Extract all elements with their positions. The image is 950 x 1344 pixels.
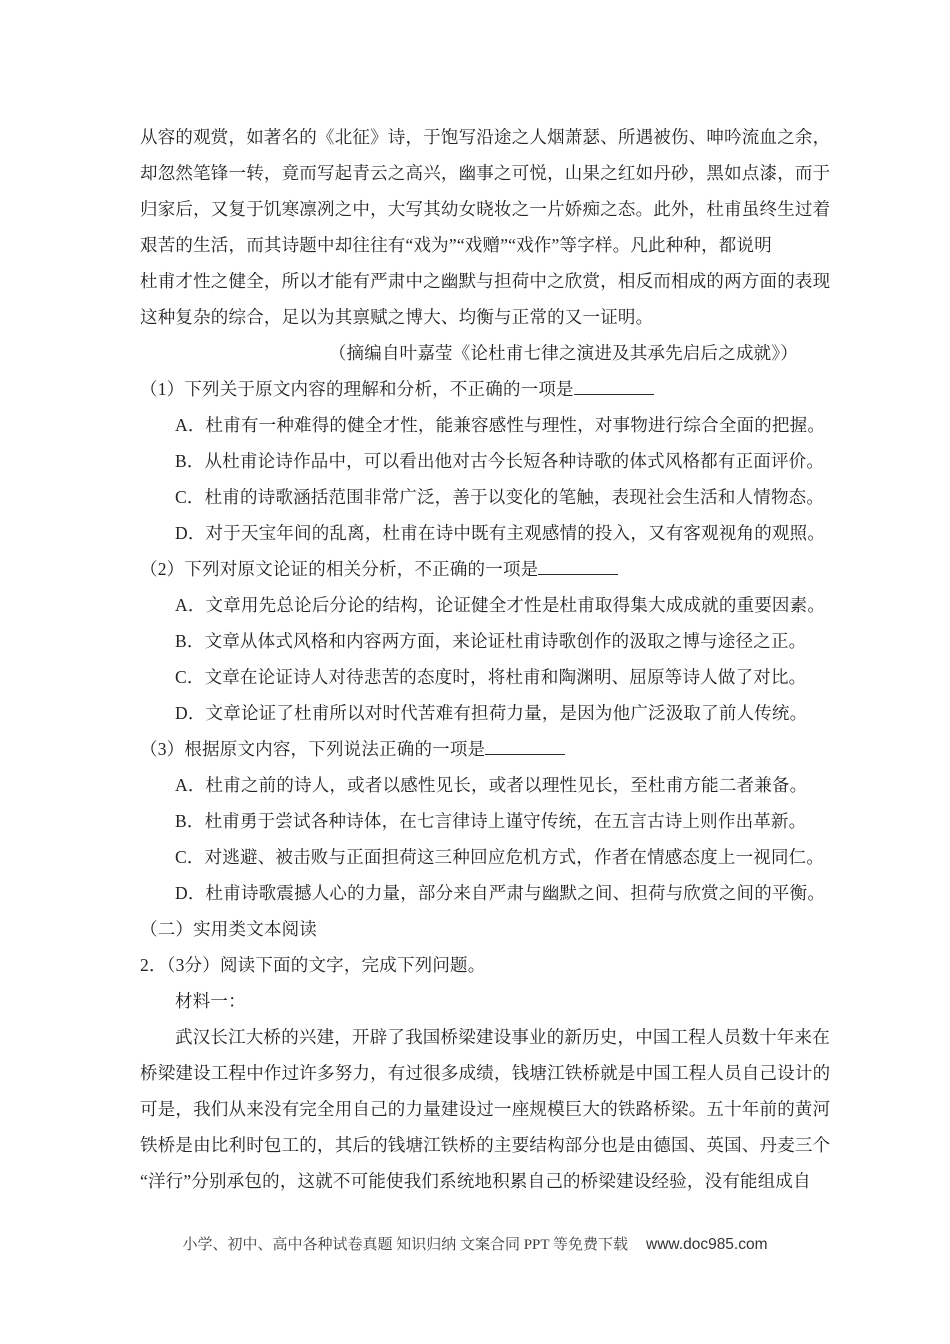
question-2-header: 2．（3分）阅读下面的文字，完成下列问题。	[140, 947, 820, 983]
material-1-label: 材料一：	[140, 983, 820, 1019]
question-2-option-a: A．文章用先总论后分论的结构，论证健全才性是杜甫取得集大成成就的重要因素。	[140, 587, 820, 623]
question-2-option-d: D．文章论证了杜甫所以对时代苦难有担荷力量，是因为他广泛汲取了前人传统。	[140, 695, 820, 731]
passage-line: 艰苦的生活，而其诗题中却往往有“戏为”“戏赠”“戏作”等字样。凡此种种，都说明	[140, 227, 820, 263]
question-3-option-c: C．对逃避、被击败与正面担荷这三种回应危机方式，作者在情感态度上一视同仁。	[140, 839, 820, 875]
passage-line: 杜甫才性之健全，所以才能有严肃中之幽默与担荷中之欣赏，相反而相成的两方面的表现	[140, 263, 820, 299]
question-1-option-b: B．从杜甫论诗作品中，可以看出他对古今长短各种诗歌的体式风格都有正面评价。	[140, 443, 820, 479]
answer-blank	[538, 562, 618, 575]
material-1-line: 桥梁建设工程中作过许多努力，有过很多成绩，钱塘江铁桥就是中国工程人员自己设计的	[140, 1055, 820, 1091]
answer-blank	[574, 382, 654, 395]
question-3-stem-text: （3）根据原文内容，下列说法正确的一项是	[140, 739, 485, 759]
material-1-line: 铁桥是由比利时包工的，其后的钱塘江铁桥的主要结构部分也是由德国、英国、丹麦三个	[140, 1127, 820, 1163]
question-1-stem: （1）下列关于原文内容的理解和分析，不正确的一项是	[140, 371, 820, 407]
material-1-line: “洋行”分别承包的，这就不可能使我们系统地积累自己的桥梁建设经验，没有能组成自	[140, 1163, 820, 1199]
passage-line: 从容的观赏，如著名的《北征》诗，于饱写沿途之人烟萧瑟、所遇被伤、呻吟流血之余，	[140, 119, 820, 155]
question-3-option-d: D．杜甫诗歌震撼人心的力量，部分来自严肃与幽默之间、担荷与欣赏之间的平衡。	[140, 875, 820, 911]
question-3-option-b: B．杜甫勇于尝试各种诗体，在七言律诗上谨守传统，在五言古诗上则作出革新。	[140, 803, 820, 839]
question-1-option-a: A．杜甫有一种难得的健全才性，能兼容感性与理性，对事物进行综合全面的把握。	[140, 407, 820, 443]
passage-line: 却忽然笔锋一转，竟而写起青云之高兴，幽事之可悦，山果之红如丹砂，黑如点漆，而于	[140, 155, 820, 191]
section-2-heading: （二）实用类文本阅读	[140, 911, 820, 947]
question-1-option-c: C．杜甫的诗歌涵括范围非常广泛，善于以变化的笔触，表现社会生活和人情物态。	[140, 479, 820, 515]
page-footer: 小学、初中、高中各种试卷真题 知识归纳 文案合同 PPT 等免费下载www.do…	[0, 1233, 950, 1257]
passage-line: 归家后，又复于饥寒凛冽之中，大写其幼女晓妆之一片娇痴之态。此外，杜甫虽终生过着	[140, 191, 820, 227]
material-1-line: 武汉长江大桥的兴建，开辟了我国桥梁建设事业的新历史，中国工程人员数十年来在	[140, 1019, 820, 1055]
footer-url: www.doc985.com	[646, 1236, 767, 1253]
footer-text: 小学、初中、高中各种试卷真题 知识归纳 文案合同 PPT 等免费下载	[182, 1237, 628, 1253]
material-1-line: 可是，我们从来没有完全用自己的力量建设过一座规模巨大的铁路桥梁。五十年前的黄河	[140, 1091, 820, 1127]
question-2-stem-text: （2）下列对原文论证的相关分析，不正确的一项是	[140, 559, 538, 579]
question-2-option-b: B．文章从体式风格和内容两方面，来论证杜甫诗歌创作的汲取之博与途径之正。	[140, 623, 820, 659]
question-3-option-a: A．杜甫之前的诗人，或者以感性见长，或者以理性见长，至杜甫方能二者兼备。	[140, 767, 820, 803]
question-1-option-d: D．对于天宝年间的乱离，杜甫在诗中既有主观感情的投入，又有客观视角的观照。	[140, 515, 820, 551]
exam-document-body: 从容的观赏，如著名的《北征》诗，于饱写沿途之人烟萧瑟、所遇被伤、呻吟流血之余， …	[140, 119, 820, 1199]
question-1-stem-text: （1）下列关于原文内容的理解和分析，不正确的一项是	[140, 379, 574, 399]
question-2-stem: （2）下列对原文论证的相关分析，不正确的一项是	[140, 551, 820, 587]
passage-line: 这种复杂的综合，足以为其禀赋之博大、均衡与正常的又一证明。	[140, 299, 820, 335]
attribution-line: （摘编自叶嘉莹《论杜甫七律之演进及其承先启后之成就》）	[140, 335, 820, 371]
question-2-option-c: C．文章在论证诗人对待悲苦的态度时，将杜甫和陶渊明、屈原等诗人做了对比。	[140, 659, 820, 695]
answer-blank	[485, 742, 565, 755]
question-3-stem: （3）根据原文内容，下列说法正确的一项是	[140, 731, 820, 767]
